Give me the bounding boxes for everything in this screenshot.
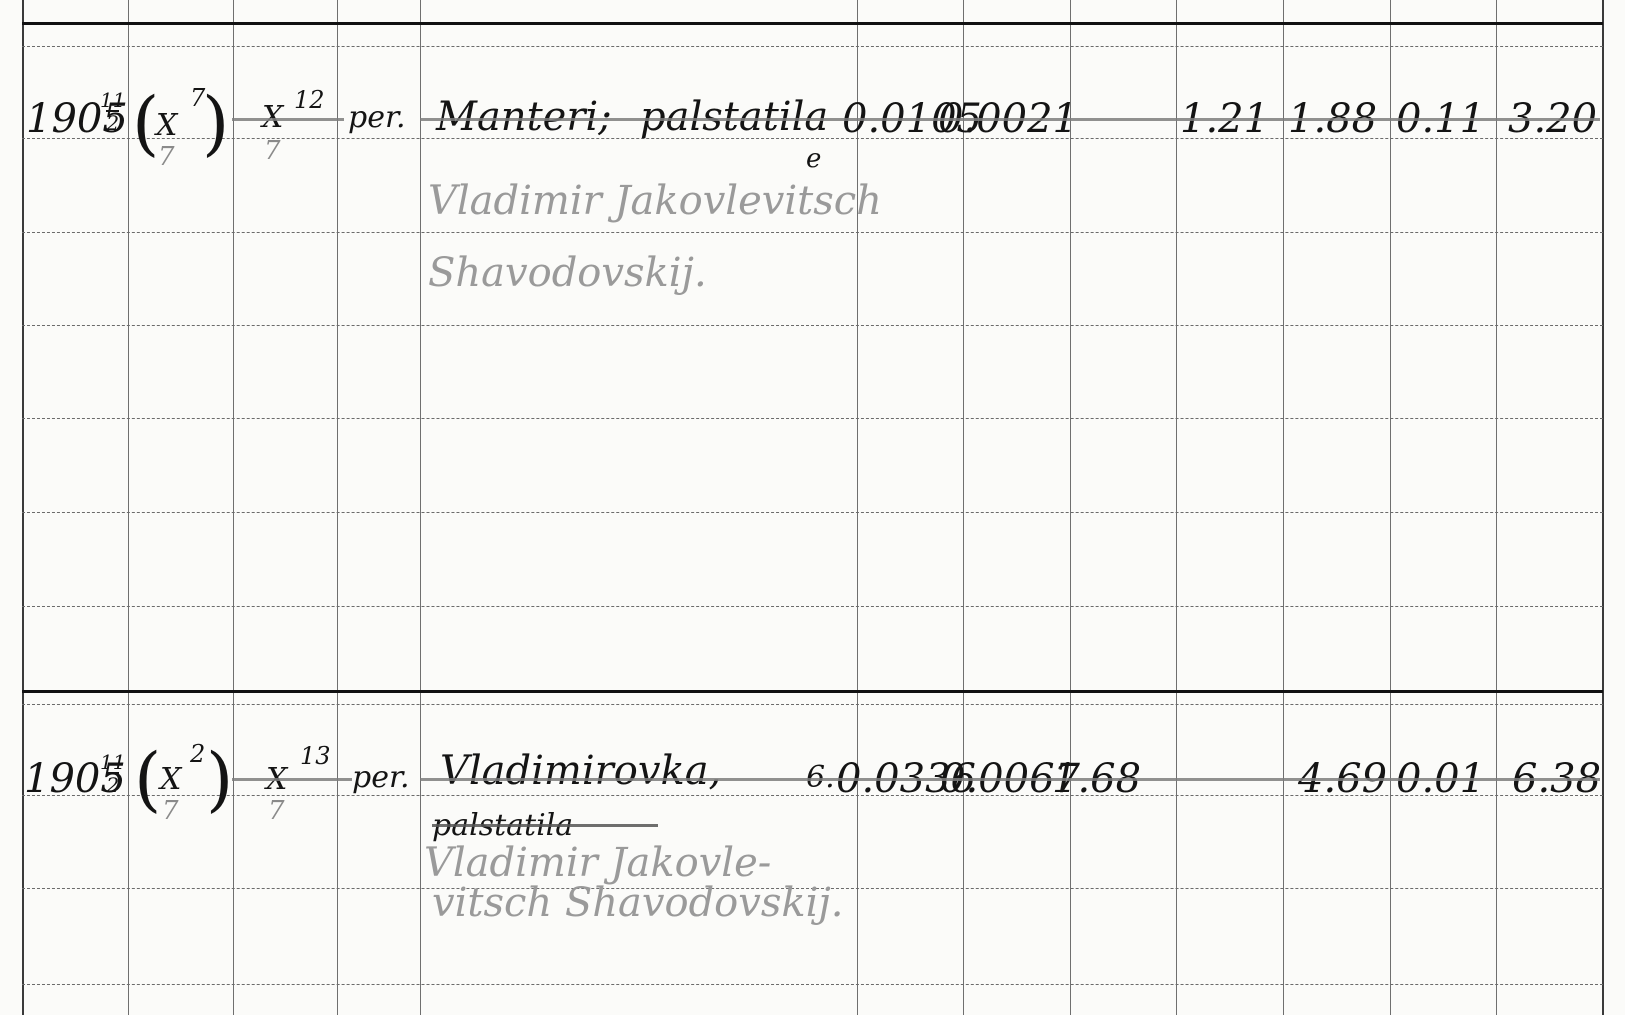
annotation-line: vitsch Shavodovskij. [432,880,844,926]
strike-line [232,118,344,121]
strike-line [420,778,1600,781]
plate-den: 7 [158,142,175,172]
strike-line [232,778,352,781]
plate-struck-den: 7 [268,796,285,826]
record-name: Manteri; [436,94,612,140]
paren-close: ) [202,88,229,158]
record-separator [22,22,1603,25]
plate-struck-sup: 13 [300,742,331,770]
date-fraction: 11 2 [100,90,125,133]
record-name-mark: e [806,144,821,174]
record-name-struck: palstatila [640,94,828,140]
grid-border-right [1602,0,1604,1015]
grid-line [1390,0,1391,1015]
row-rule [22,232,1603,233]
grid-line [420,0,421,1015]
grid-line [1070,0,1071,1015]
strike-line [420,118,1600,121]
row-rule [22,512,1603,513]
grid-line [233,0,234,1015]
per-label: per. [352,760,410,795]
row-rule [22,984,1603,985]
grid-line [128,0,129,1015]
row-rule [22,325,1603,326]
record-separator [22,690,1603,693]
grid-line [1496,0,1497,1015]
plate-den: 7 [162,796,179,826]
grid-line [337,0,338,1015]
record-name: Vladimirovka, [440,748,721,794]
paren-close: ) [206,744,233,814]
date-fraction: 11 2 [100,752,125,795]
annotation-line: Shavodovskij. [428,250,707,296]
strike-line [432,824,658,827]
row-rule [22,704,1603,705]
annotation-line: Vladimir Jakovlevitsch [428,178,882,224]
per-label: per. [348,100,406,135]
grid-line [963,0,964,1015]
paren-open: ( [134,744,161,814]
plate-struck-sup: 12 [294,86,325,114]
plate-mark: X [160,762,181,797]
grid-line [1176,0,1177,1015]
ledger-sheet: 1905 11 2 ( X 7 7 ) X 12 7 per. Manteri;… [0,0,1625,1015]
row-rule [22,606,1603,607]
plate-struck-den: 7 [264,136,281,166]
grid-line [1283,0,1284,1015]
plate-mark: X [156,108,177,143]
plate-sup: 2 [190,740,205,768]
row-rule [22,46,1603,47]
grid-border-left [22,0,24,1015]
row-rule [22,418,1603,419]
grid-line [857,0,858,1015]
